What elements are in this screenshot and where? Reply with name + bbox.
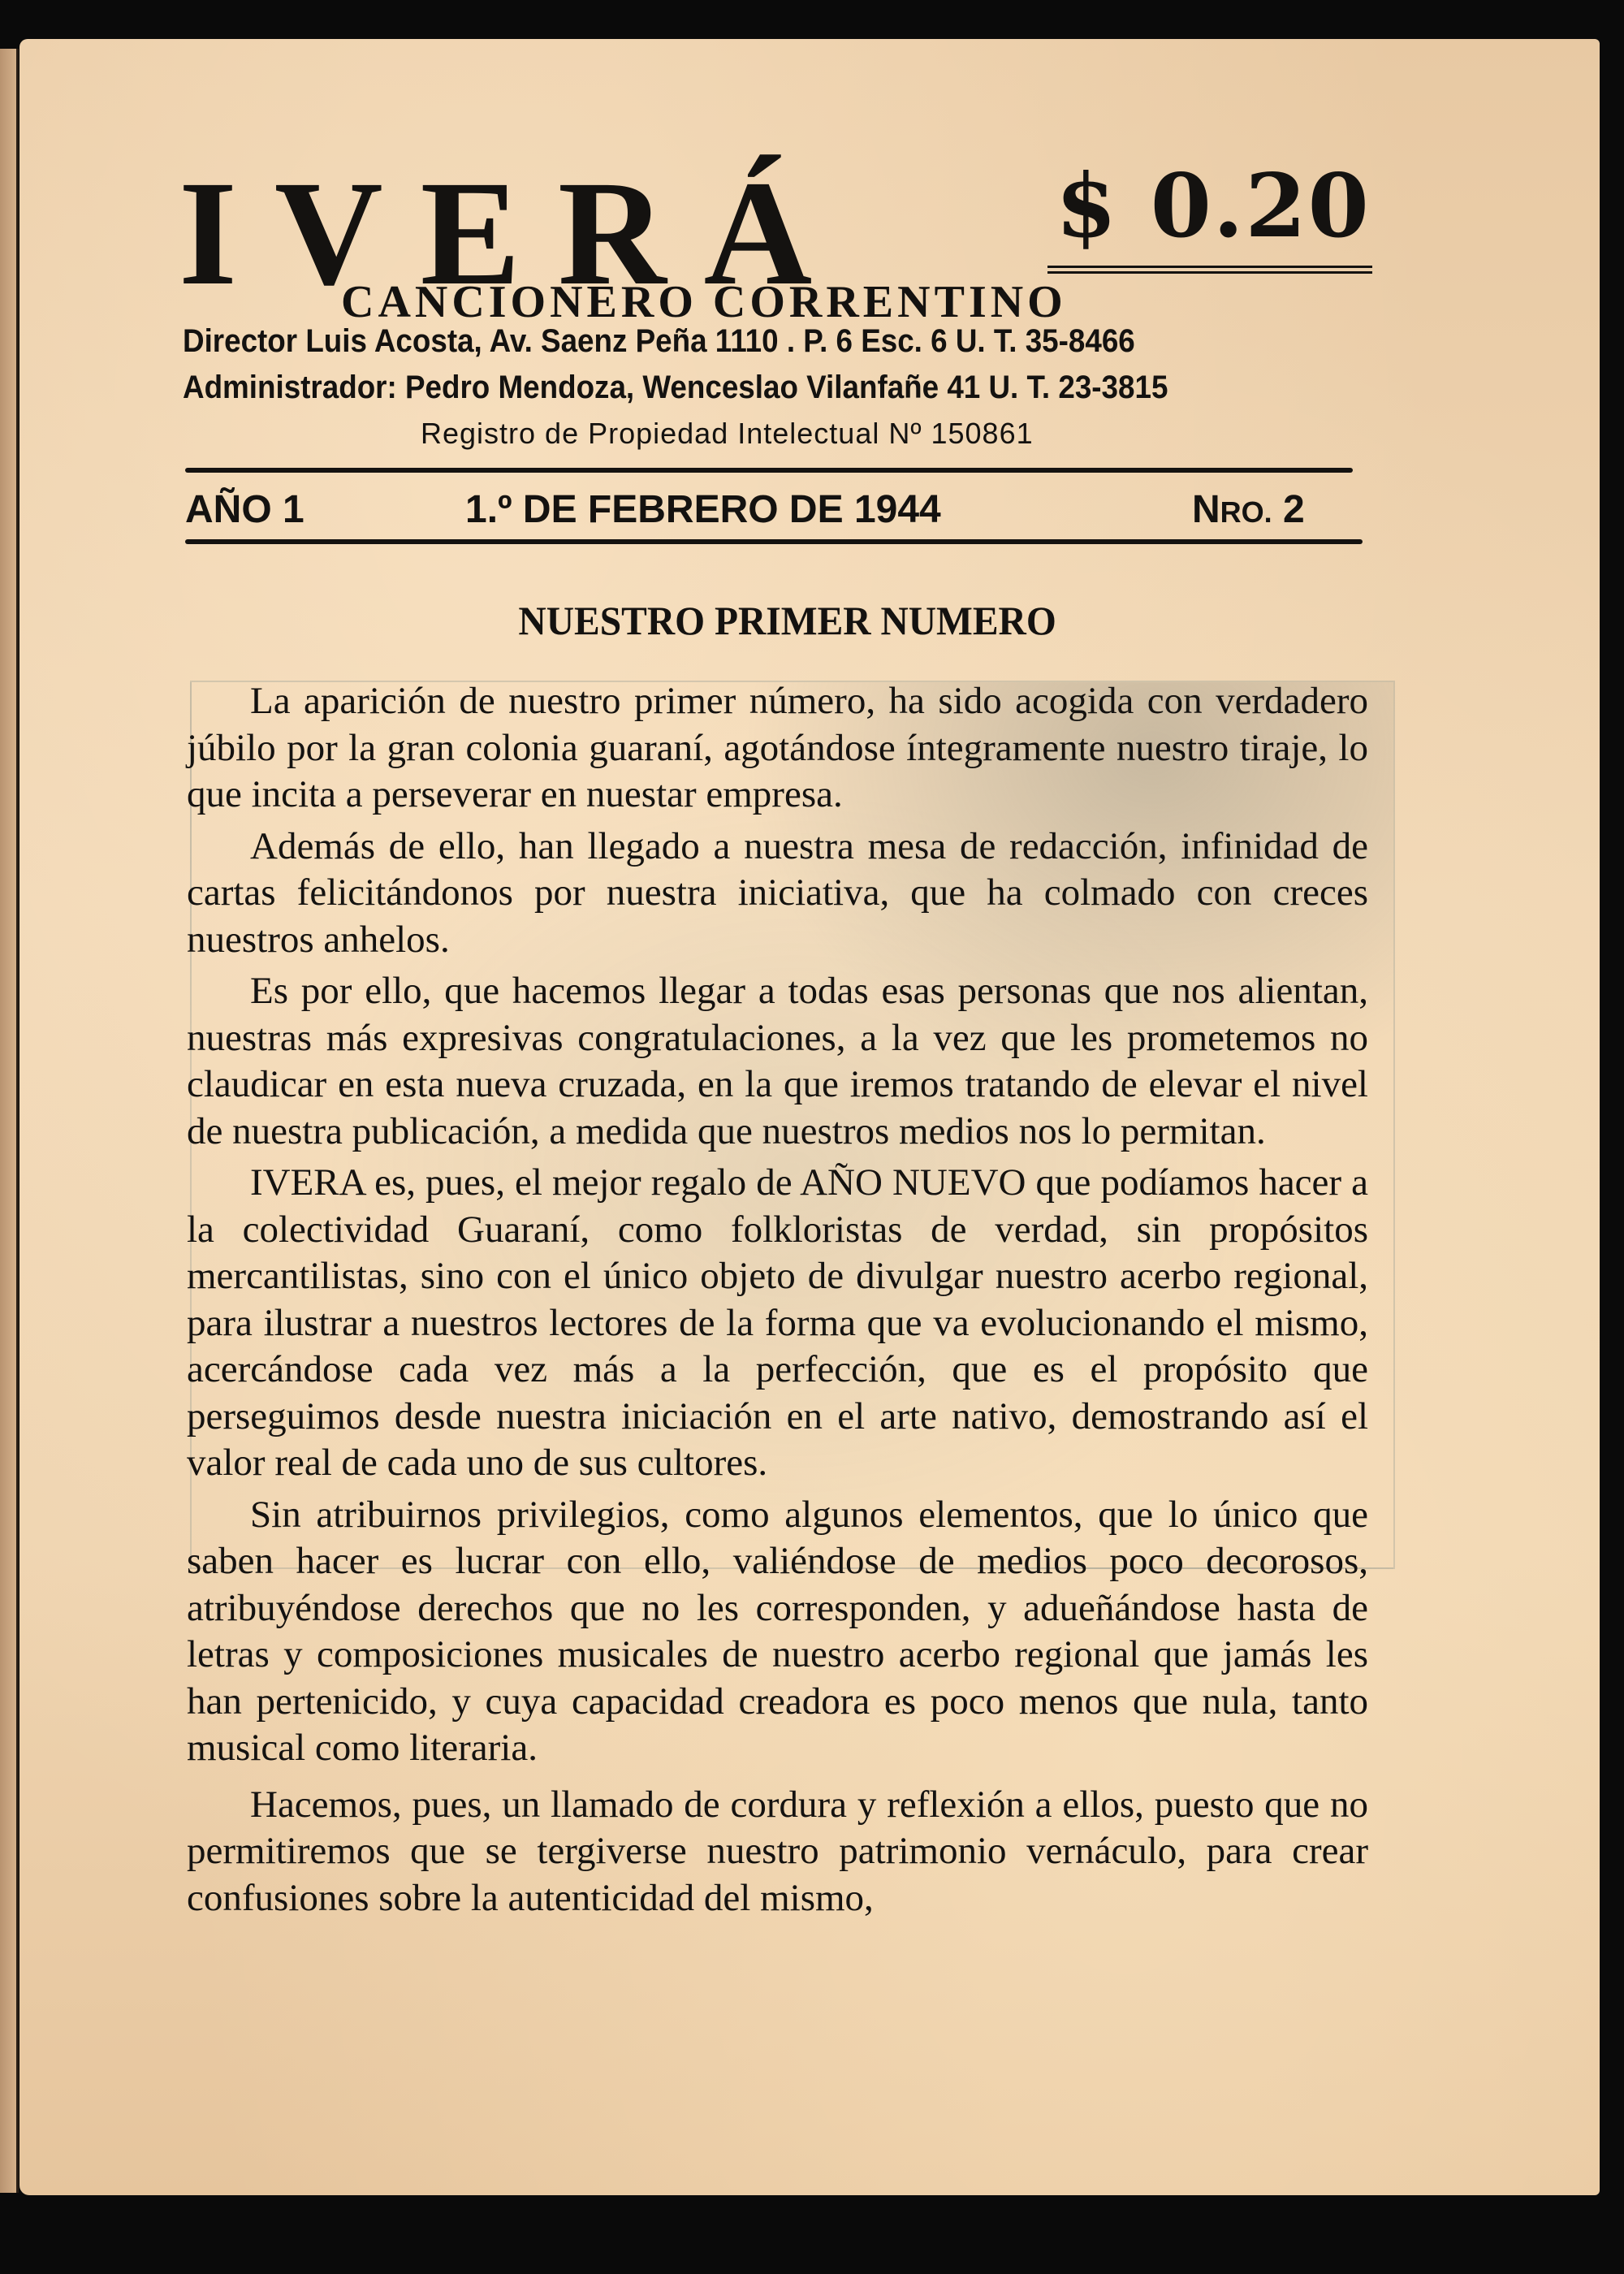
paragraph: IVERA es, pues, el mejor regalo de AÑO N… xyxy=(187,1160,1368,1487)
price-underline xyxy=(1047,266,1372,274)
bottom-divider xyxy=(185,539,1363,544)
issue-number: NRO. 2 xyxy=(1192,487,1305,532)
paragraph: Es por ello, que hacemos llegar a todas … xyxy=(187,968,1368,1155)
article-title: NUESTRO PRIMER NUMERO xyxy=(0,597,1575,644)
paragraph: Hacemos, pues, un llamado de cordura y r… xyxy=(187,1782,1368,1922)
issue-number-suffix: RO. xyxy=(1220,495,1272,529)
registro-line: Registro de Propiedad Intelectual Nº 150… xyxy=(421,417,1034,451)
issue-date: 1.º DE FEBRERO DE 1944 xyxy=(465,487,941,532)
administrator-line: Administrador: Pedro Mendoza, Wenceslao … xyxy=(183,370,1168,406)
issue-year: AÑO 1 xyxy=(185,487,304,532)
paragraph: Sin atribuirnos privilegios, como alguno… xyxy=(187,1492,1368,1772)
price-label: $ 0.20 xyxy=(1056,162,1371,250)
paragraph: Además de ello, han llegado a nuestra me… xyxy=(187,824,1368,964)
issue-number-prefix: N xyxy=(1192,488,1220,531)
paragraph: La aparición de nuestro primer número, h… xyxy=(187,678,1368,819)
adjacent-page-edge xyxy=(0,49,19,2193)
article-title-text: NUESTRO PRIMER NUMERO xyxy=(519,597,1056,644)
director-line: Director Luis Acosta, Av. Saenz Peña 111… xyxy=(183,323,1135,360)
publication-subtitle: CANCIONERO CORRENTINO xyxy=(341,276,1067,328)
dateline: AÑO 1 1.º DE FEBRERO DE 1944 NRO. 2 xyxy=(185,487,1363,536)
article-body: La aparición de nuestro primer número, h… xyxy=(187,678,1368,1922)
issue-number-value: 2 xyxy=(1283,488,1305,531)
top-divider xyxy=(185,468,1353,473)
